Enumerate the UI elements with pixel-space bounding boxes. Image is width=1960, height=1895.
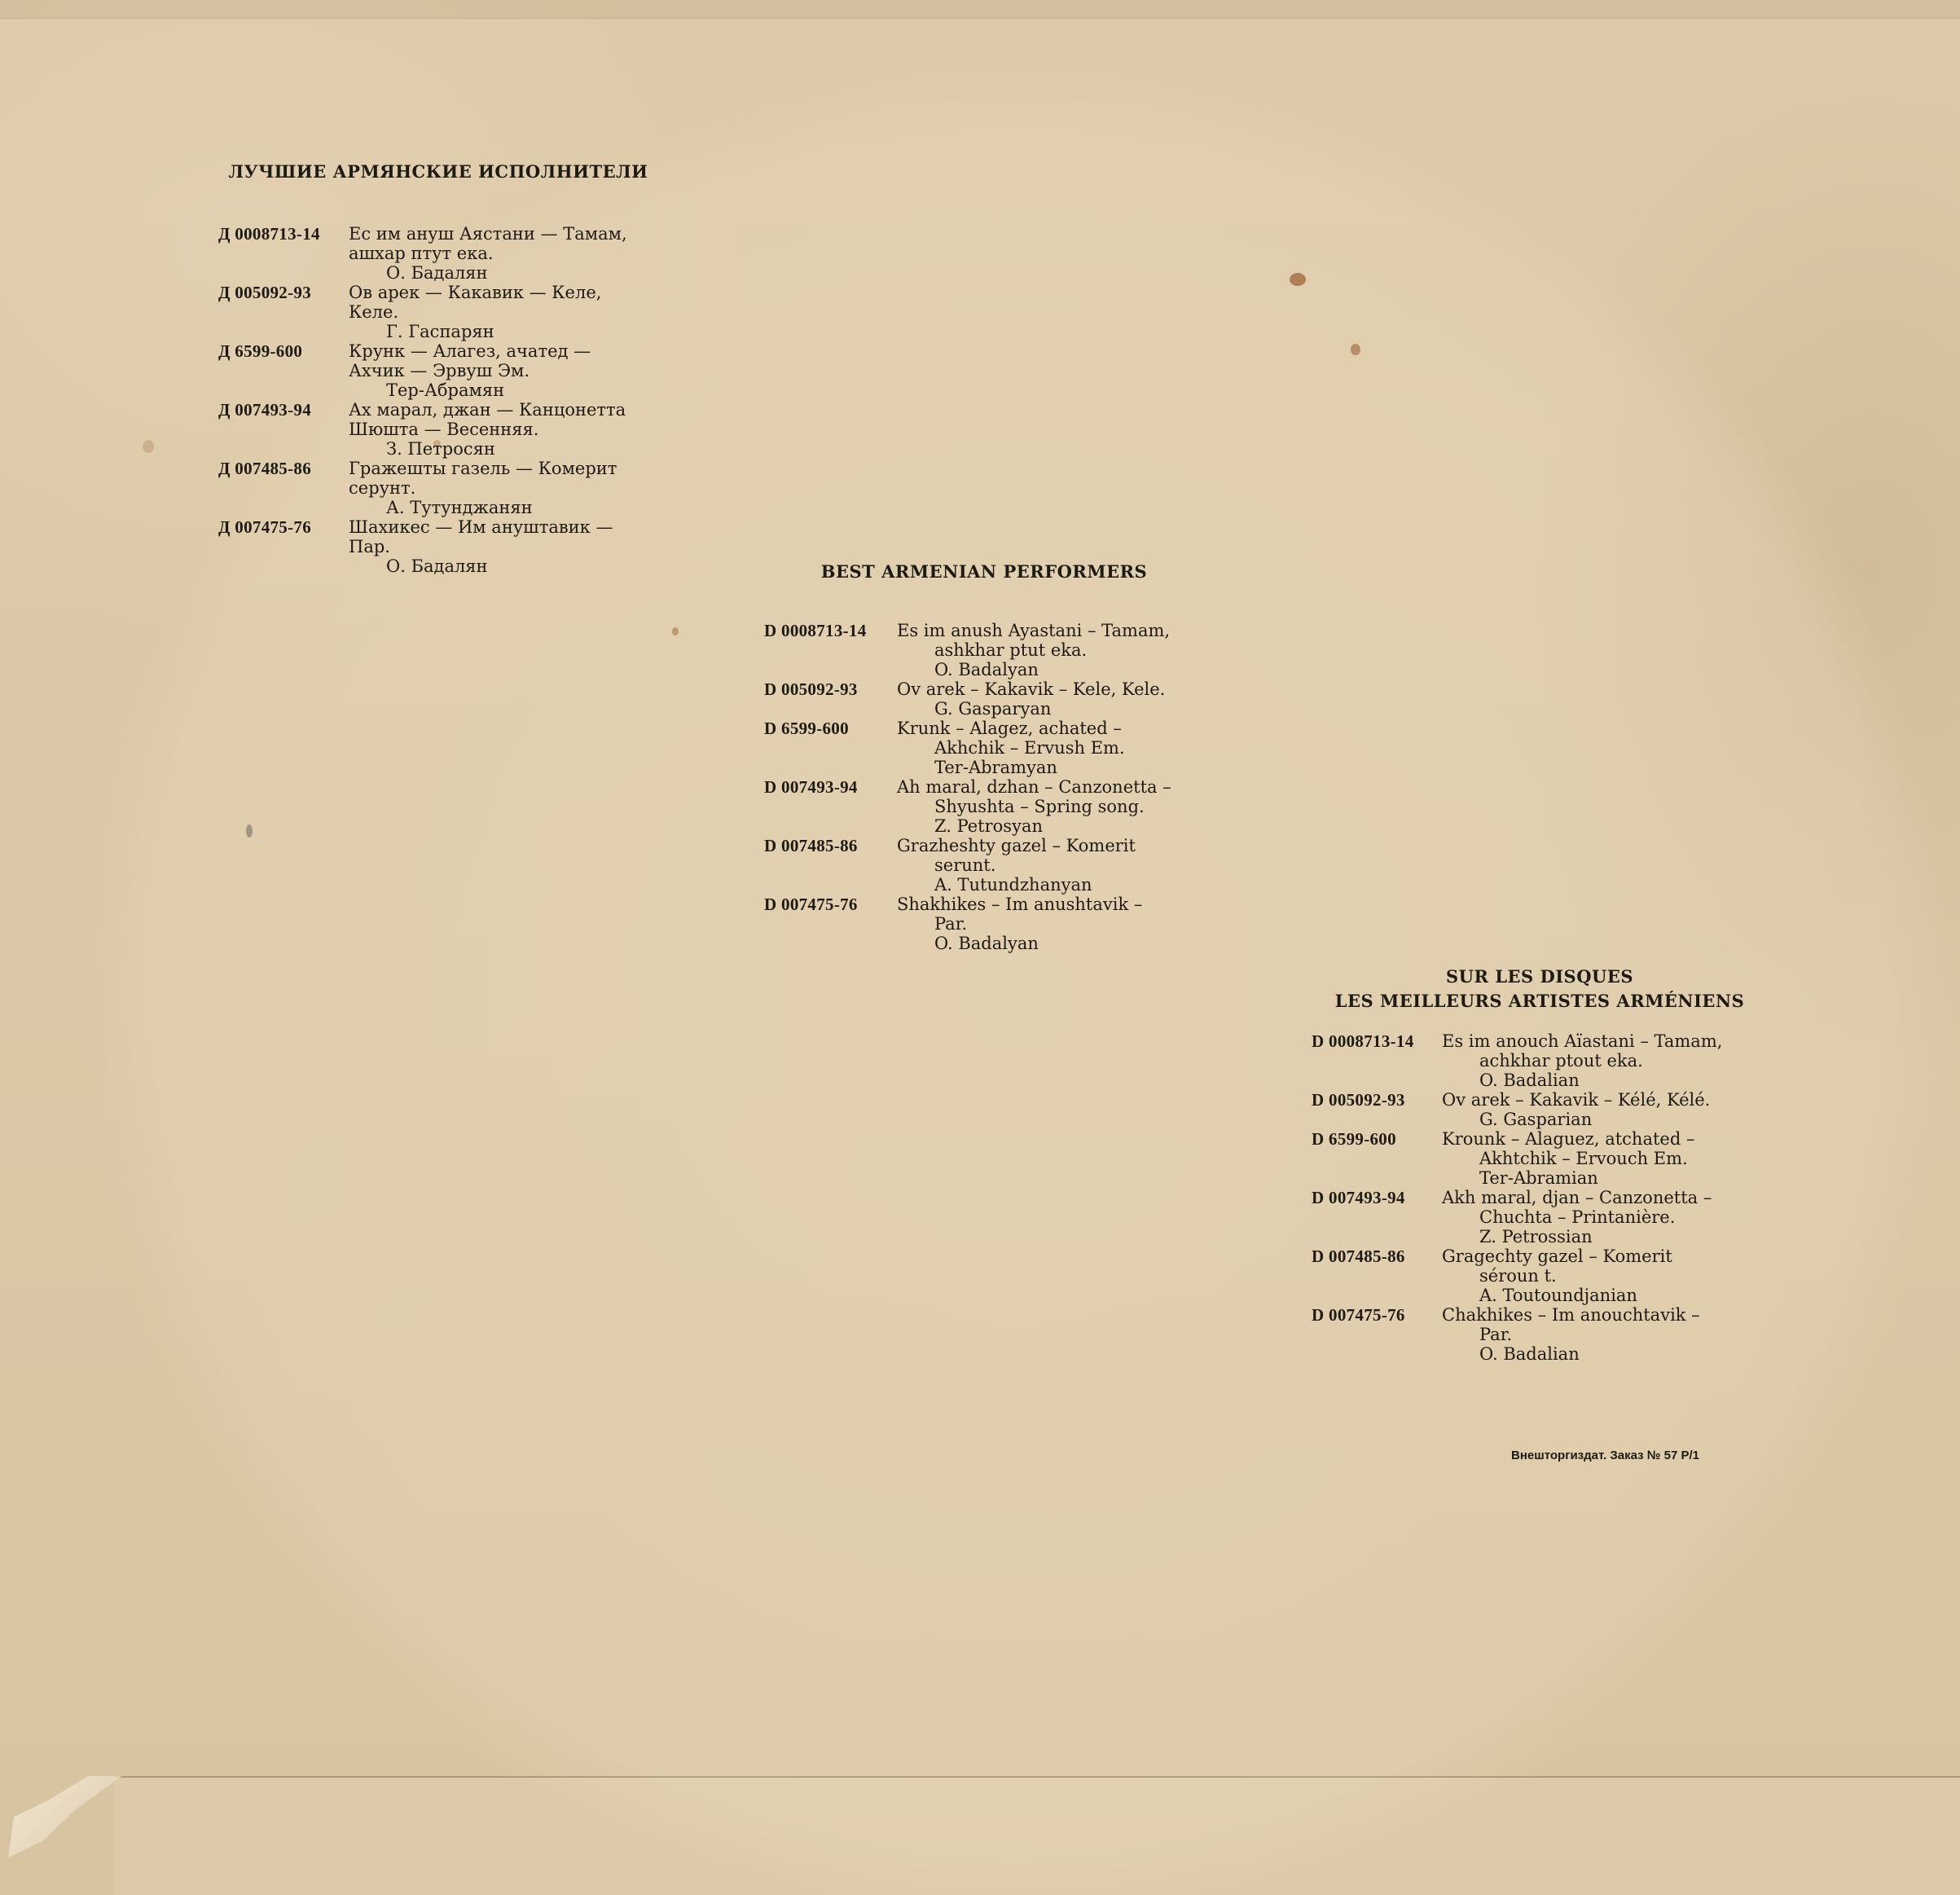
performer-name: З. Петросян xyxy=(349,439,658,459)
catalog-number: D 0008713-14 xyxy=(764,621,897,679)
song-title-line: Келе. xyxy=(349,302,658,322)
french-entries: D 0008713-14Es im anouch Aïastani – Tama… xyxy=(1312,1031,1768,1364)
track-details: Grazheshty gazel – Komeritserunt.A. Tutu… xyxy=(897,836,1204,895)
english-entries: D 0008713-14Es im anush Ayastani – Tamam… xyxy=(764,621,1204,953)
song-title-line: Ах марал, джан — Канцонетта xyxy=(349,400,658,420)
performer-name: G. Gasparian xyxy=(1442,1110,1768,1129)
track-entry: D 007493-94Ah maral, dzhan – Canzonetta … xyxy=(764,777,1204,836)
french-track-list: SUR LES DISQUES LES MEILLEURS ARTISTES A… xyxy=(1312,965,1768,1364)
catalog-number: D 007493-94 xyxy=(1312,1188,1442,1246)
track-details: Akh maral, djan – Canzonetta –Chuchta – … xyxy=(1442,1188,1768,1246)
track-entry: D 6599-600Krunk – Alagez, achated –Akhch… xyxy=(764,719,1204,777)
catalog-number: D 6599-600 xyxy=(1312,1129,1442,1188)
catalog-number: D 0008713-14 xyxy=(1312,1031,1442,1090)
song-title-line: Ah maral, dzhan – Canzonetta – xyxy=(897,777,1204,797)
song-title-line: ашхар птут ека. xyxy=(349,244,658,263)
track-details: Krunk – Alagez, achated –Akhchik – Ervus… xyxy=(897,719,1204,777)
track-details: Ес им ануш Аястани — Тамам,ашхар птут ек… xyxy=(349,224,658,283)
sleeve-top-edge xyxy=(0,0,1960,19)
track-entry: Д 007493-94Ах марал, джан — КанцонеттаШю… xyxy=(218,400,658,459)
song-title-line: Akhtchik – Ervouch Em. xyxy=(1442,1149,1768,1168)
track-details: Шахикес — Им ануштавик —Пар.О. Бадалян xyxy=(349,517,658,576)
catalog-number: D 007485-86 xyxy=(764,836,897,895)
song-title-line: Gragechty gazel – Komerit xyxy=(1442,1246,1768,1266)
catalog-number: D 005092-93 xyxy=(764,679,897,719)
track-entry: D 0008713-14Es im anush Ayastani – Tamam… xyxy=(764,621,1204,679)
song-title-line: séroun t. xyxy=(1442,1266,1768,1286)
russian-track-list: ЛУЧШИЕ АРМЯНСКИЕ ИСПОЛНИТЕЛИ Д 0008713-1… xyxy=(218,161,658,576)
song-title-line: Krunk – Alagez, achated – xyxy=(897,719,1204,738)
song-title-line: Akhchik – Ervush Em. xyxy=(897,738,1204,758)
track-entry: D 007485-86Grazheshty gazel – Komeritser… xyxy=(764,836,1204,895)
track-details: Ah maral, dzhan – Canzonetta –Shyushta –… xyxy=(897,777,1204,836)
track-details: Chakhikes – Im anouchtavik –Par.O. Badal… xyxy=(1442,1305,1768,1364)
english-heading: BEST ARMENIAN PERFORMERS xyxy=(764,561,1204,582)
catalog-number: D 007475-76 xyxy=(1312,1305,1442,1364)
track-entry: D 007475-76Shakhikes – Im anushtavik –Pa… xyxy=(764,895,1204,953)
track-details: Крунк — Алагез, ачатед —Ахчик — Эрвуш Эм… xyxy=(349,341,658,400)
catalog-number: Д 0008713-14 xyxy=(218,224,349,283)
song-title-line: Ov arek – Kakavik – Kélé, Kélé. xyxy=(1442,1090,1768,1110)
track-entry: Д 007485-86Гражешты газель — Комеритсеру… xyxy=(218,459,658,517)
stain-mark xyxy=(1351,344,1360,355)
track-entry: D 6599-600Krounk – Alaguez, atchated –Ak… xyxy=(1312,1129,1768,1188)
song-title-line: Grazheshty gazel – Komerit xyxy=(897,836,1204,855)
track-entry: D 007475-76Chakhikes – Im anouchtavik –P… xyxy=(1312,1305,1768,1364)
catalog-number: D 005092-93 xyxy=(1312,1090,1442,1129)
song-title-line: Par. xyxy=(1442,1325,1768,1344)
performer-name: O. Badalian xyxy=(1442,1071,1768,1090)
track-details: Гражешты газель — Комеритсерунт.А. Тутун… xyxy=(349,459,658,517)
catalog-number: D 007475-76 xyxy=(764,895,897,953)
performer-name: Г. Гаспарян xyxy=(349,322,658,341)
stain-mark xyxy=(143,440,154,453)
song-title-line: Шюшта — Весенняя. xyxy=(349,420,658,439)
track-entry: Д 6599-600Крунк — Алагез, ачатед —Ахчик … xyxy=(218,341,658,400)
track-entry: Д 005092-93Ов арек — Какавик — Келе,Келе… xyxy=(218,283,658,341)
track-details: Es im anush Ayastani – Tamam,ashkhar ptu… xyxy=(897,621,1204,679)
song-title-line: Гражешты газель — Комерит xyxy=(349,459,658,478)
song-title-line: ashkhar ptut eka. xyxy=(897,640,1204,660)
song-title-line: Ес им ануш Аястани — Тамам, xyxy=(349,224,658,244)
catalog-number: D 007485-86 xyxy=(1312,1246,1442,1305)
track-entry: Д 0008713-14Ес им ануш Аястани — Тамам,а… xyxy=(218,224,658,283)
russian-entries: Д 0008713-14Ес им ануш Аястани — Тамам,а… xyxy=(218,224,658,576)
track-details: Ov arek – Kakavik – Kele, Kele.G. Gaspar… xyxy=(897,679,1204,719)
track-details: Ov arek – Kakavik – Kélé, Kélé.G. Gaspar… xyxy=(1442,1090,1768,1129)
performer-name: G. Gasparyan xyxy=(897,699,1204,719)
performer-name: A. Tutundzhanyan xyxy=(897,875,1204,895)
french-heading-line-2: LES MEILLEURS ARTISTES ARMÉNIENS xyxy=(1312,989,1768,1013)
english-track-list: BEST ARMENIAN PERFORMERS D 0008713-14Es … xyxy=(764,561,1204,953)
russian-heading: ЛУЧШИЕ АРМЯНСКИЕ ИСПОЛНИТЕЛИ xyxy=(218,161,658,182)
performer-name: Ter-Abramian xyxy=(1442,1168,1768,1188)
song-title-line: Shakhikes – Im anushtavik – xyxy=(897,895,1204,914)
catalog-number: Д 007475-76 xyxy=(218,517,349,576)
song-title-line: Akh maral, djan – Canzonetta – xyxy=(1442,1188,1768,1207)
track-details: Es im anouch Aïastani – Tamam,achkhar pt… xyxy=(1442,1031,1768,1090)
track-entry: D 005092-93Ov arek – Kakavik – Kele, Kel… xyxy=(764,679,1204,719)
song-title-line: Es im anouch Aïastani – Tamam, xyxy=(1442,1031,1768,1051)
stain-mark xyxy=(1290,273,1306,286)
french-heading-line-1: SUR LES DISQUES xyxy=(1312,965,1768,989)
catalog-number: D 007493-94 xyxy=(764,777,897,836)
song-title-line: серунт. xyxy=(349,478,658,498)
french-heading: SUR LES DISQUES LES MEILLEURS ARTISTES A… xyxy=(1312,965,1768,1013)
publisher-imprint: Внешторгиздат. Заказ № 57 Р/1 xyxy=(1511,1449,1699,1462)
catalog-number: Д 007493-94 xyxy=(218,400,349,459)
song-title-line: Шахикес — Им ануштавик — xyxy=(349,517,658,537)
performer-name: Z. Petrosyan xyxy=(897,816,1204,836)
song-title-line: Ахчик — Эрвуш Эм. xyxy=(349,361,658,380)
song-title-line: Par. xyxy=(897,914,1204,934)
performer-name: Z. Petrossian xyxy=(1442,1227,1768,1246)
catalog-number: Д 005092-93 xyxy=(218,283,349,341)
track-details: Gragechty gazel – Komeritséroun t.A. Tou… xyxy=(1442,1246,1768,1305)
track-entry: Д 007475-76Шахикес — Им ануштавик —Пар.О… xyxy=(218,517,658,576)
performer-name: Тер-Абрамян xyxy=(349,380,658,400)
song-title-line: Крунк — Алагез, ачатед — xyxy=(349,341,658,361)
performer-name: A. Toutoundjanian xyxy=(1442,1286,1768,1305)
song-title-line: Ов арек — Какавик — Келе, xyxy=(349,283,658,302)
performer-name: Ter-Abramyan xyxy=(897,758,1204,777)
track-details: Ов арек — Какавик — Келе,Келе.Г. Гаспаря… xyxy=(349,283,658,341)
song-title-line: Ov arek – Kakavik – Kele, Kele. xyxy=(897,679,1204,699)
track-entry: D 0008713-14Es im anouch Aïastani – Tama… xyxy=(1312,1031,1768,1090)
performer-name: О. Бадалян xyxy=(349,556,658,576)
performer-name: О. Бадалян xyxy=(349,263,658,283)
performer-name: O. Badalyan xyxy=(897,660,1204,679)
catalog-number: D 6599-600 xyxy=(764,719,897,777)
performer-name: O. Badalian xyxy=(1442,1344,1768,1364)
catalog-number: Д 6599-600 xyxy=(218,341,349,400)
song-title-line: Chuchta – Printanière. xyxy=(1442,1207,1768,1227)
catalog-number: Д 007485-86 xyxy=(218,459,349,517)
stain-mark xyxy=(246,824,253,838)
song-title-line: serunt. xyxy=(897,855,1204,875)
performer-name: O. Badalyan xyxy=(897,934,1204,953)
track-entry: D 007485-86Gragechty gazel – Komeritséro… xyxy=(1312,1246,1768,1305)
stain-mark xyxy=(672,627,679,635)
song-title-line: Es im anush Ayastani – Tamam, xyxy=(897,621,1204,640)
sleeve-bottom-flap xyxy=(114,1776,1960,1895)
track-details: Shakhikes – Im anushtavik –Par.O. Badaly… xyxy=(897,895,1204,953)
track-entry: D 005092-93Ov arek – Kakavik – Kélé, Kél… xyxy=(1312,1090,1768,1129)
song-title-line: Пар. xyxy=(349,537,658,556)
track-entry: D 007493-94Akh maral, djan – Canzonetta … xyxy=(1312,1188,1768,1246)
track-details: Krounk – Alaguez, atchated –Akhtchik – E… xyxy=(1442,1129,1768,1188)
track-details: Ах марал, джан — КанцонеттаШюшта — Весен… xyxy=(349,400,658,459)
song-title-line: achkhar ptout eka. xyxy=(1442,1051,1768,1071)
song-title-line: Shyushta – Spring song. xyxy=(897,797,1204,816)
song-title-line: Krounk – Alaguez, atchated – xyxy=(1442,1129,1768,1149)
performer-name: А. Тутунджанян xyxy=(349,498,658,517)
song-title-line: Chakhikes – Im anouchtavik – xyxy=(1442,1305,1768,1325)
